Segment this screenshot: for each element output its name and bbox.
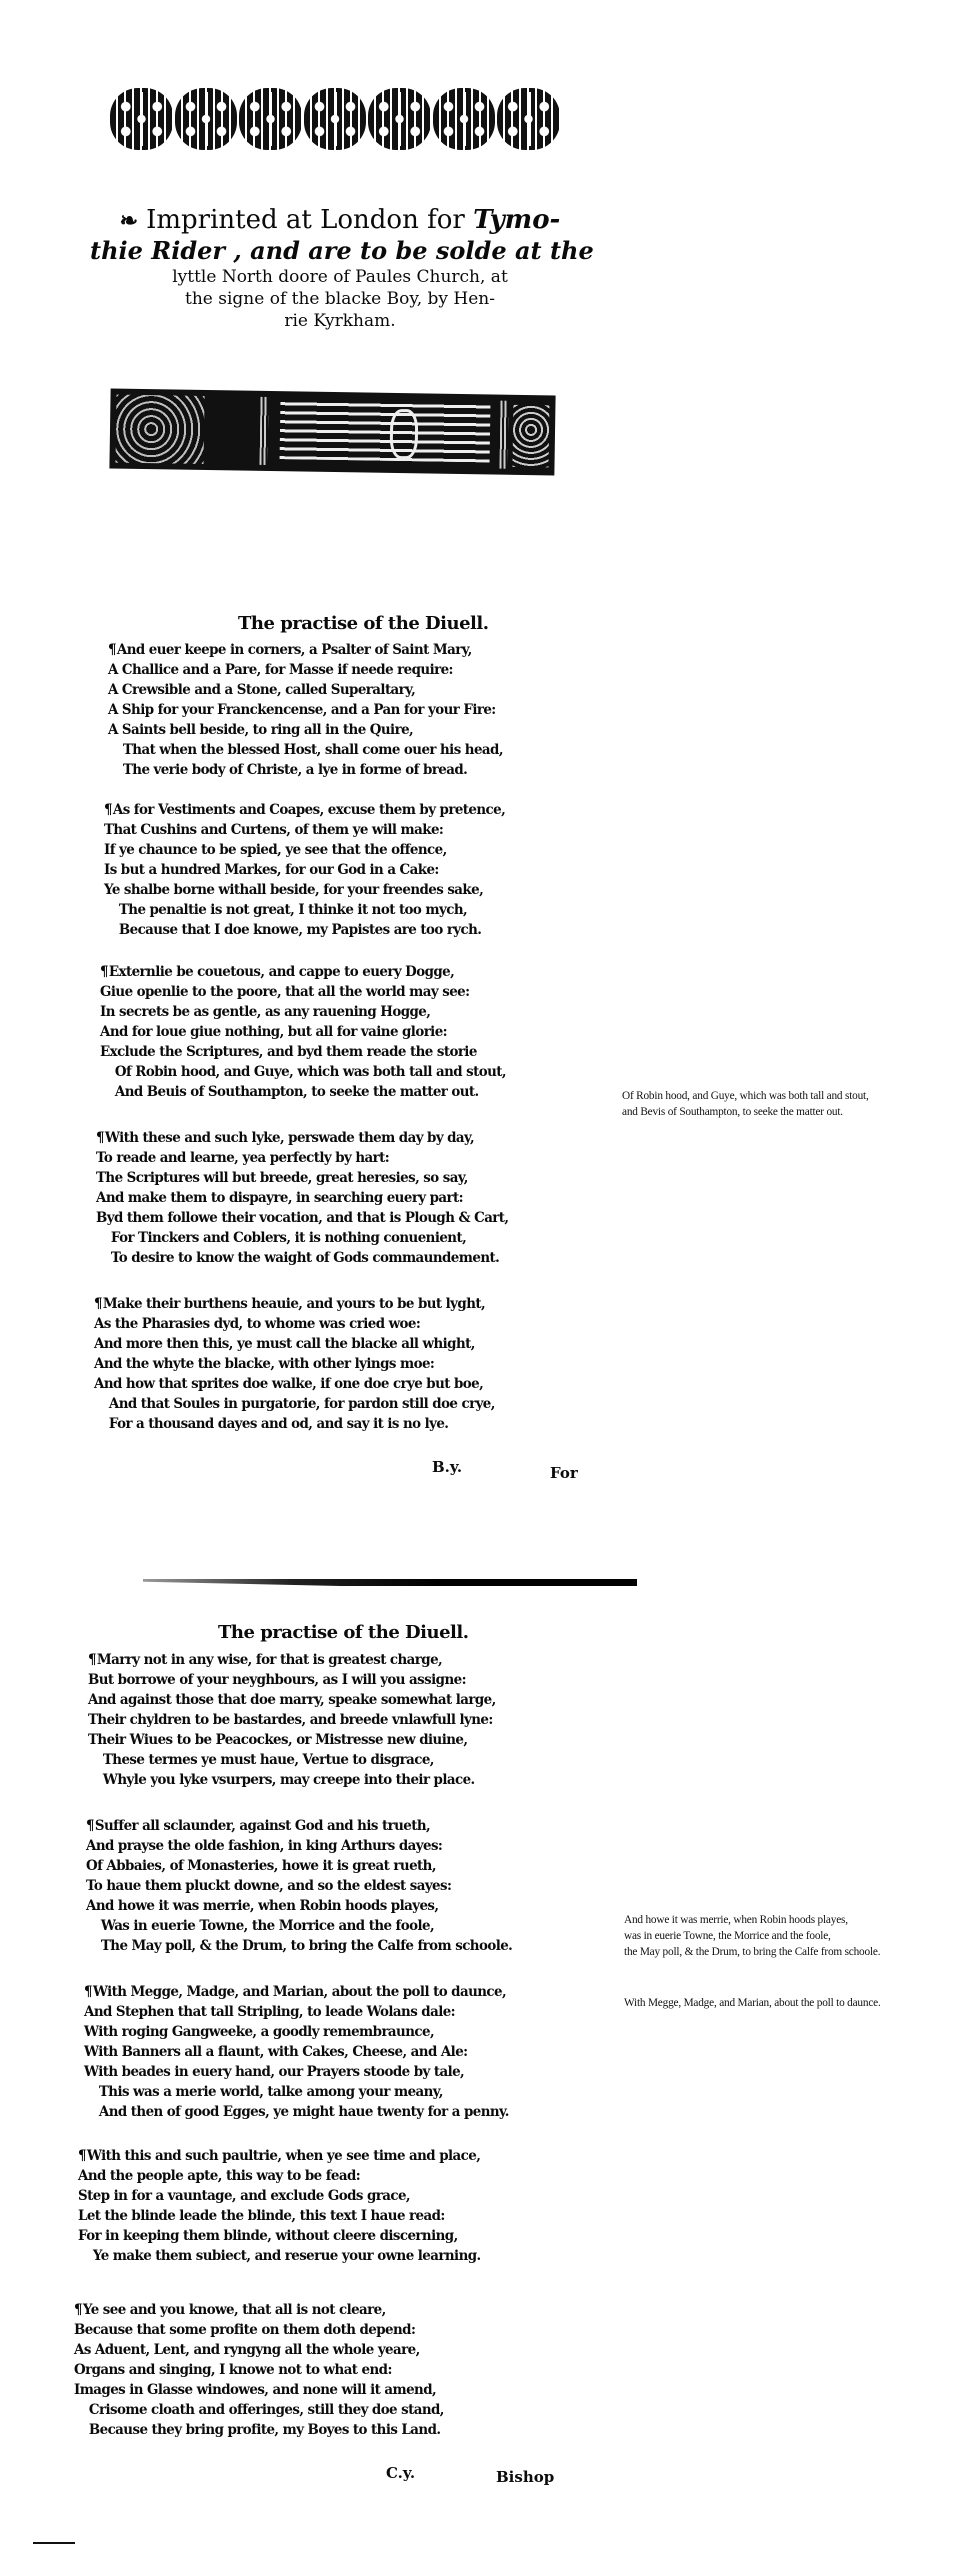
- hedera-leaf-icon: ❧: [120, 206, 138, 236]
- stanza: And euer keepe in corners, a Psalter of …: [108, 640, 533, 780]
- stanza: With this and such paultrie, when ye see…: [78, 2146, 511, 2266]
- verse-line: And the people apte, this way to be fead…: [78, 2166, 481, 2186]
- woodcut-foliage: [115, 395, 204, 464]
- annotation-line: And howe it was merrie, when Robin hoods…: [624, 1912, 880, 1928]
- fleuron-icon: [304, 88, 367, 150]
- verse-line: Exclude the Scriptures, and byd them rea…: [100, 1042, 506, 1062]
- imprint-line: rie Kyrkham.: [90, 310, 590, 332]
- verse-line: Byd them followe their vocation, and tha…: [96, 1208, 509, 1228]
- signature-mark: C.y.: [386, 2464, 415, 2482]
- stanza: Ye see and you knowe, that all is not cl…: [74, 2300, 472, 2440]
- fleuron-ornament-band: [110, 88, 560, 150]
- verse-line: Their Wiues to be Peacockes, or Mistress…: [88, 1730, 496, 1750]
- verse-line: And for loue giue nothing, but all for v…: [100, 1022, 506, 1042]
- verse-line: With these and such lyke, perswade them …: [96, 1128, 509, 1148]
- verse-line: Because they bring profite, my Boyes to …: [74, 2420, 444, 2440]
- verse-line: Of Abbaies, of Monasteries, howe it is g…: [86, 1856, 512, 1876]
- verse-line: With Megge, Madge, and Marian, about the…: [84, 1982, 509, 2002]
- verse-line: The Scriptures will but breede, great he…: [96, 1168, 509, 1188]
- verse-line: And the whyte the blacke, with other lyi…: [94, 1354, 495, 1374]
- fleuron-icon: [110, 88, 173, 150]
- verse-line: And against those that doe marry, speake…: [88, 1690, 496, 1710]
- verse-line: Their chyldren to be bastardes, and bree…: [88, 1710, 496, 1730]
- verse-line: That Cushins and Curtens, of them ye wil…: [104, 820, 505, 840]
- fleuron-icon: [175, 88, 238, 150]
- margin-rule: [33, 2542, 75, 2544]
- imprint-text: Tymo-: [473, 205, 560, 235]
- verse-line: And that Soules in purgatorie, for pardo…: [94, 1394, 495, 1414]
- fleuron-icon: [368, 88, 431, 150]
- verse-line: For Tinckers and Coblers, it is nothing …: [96, 1228, 509, 1248]
- verse-line: To desire to know the waight of Gods com…: [96, 1248, 509, 1268]
- imprint-line: the signe of the blacke Boy, by Hen-: [90, 288, 590, 310]
- stanza: Marry not in any wise, for that is great…: [88, 1650, 526, 1790]
- verse-line: And euer keepe in corners, a Psalter of …: [108, 640, 503, 660]
- verse-line: With roging Gangweeke, a goodly remembra…: [84, 2022, 509, 2042]
- verse-line: As Aduent, Lent, and ryngyng all the who…: [74, 2340, 444, 2360]
- page-title: The practise of the Diuell.: [238, 613, 488, 634]
- verse-line: A Challice and a Pare, for Masse if need…: [108, 660, 503, 680]
- verse-line: That when the blessed Host, shall come o…: [108, 740, 503, 760]
- verse-line: And Stephen that tall Stripling, to lead…: [84, 2002, 509, 2022]
- verse-line: Images in Glasse windowes, and none will…: [74, 2380, 444, 2400]
- woodcut-cartouche: [390, 409, 419, 459]
- woodcut-scene: [280, 401, 491, 462]
- verse-line: In secrets be as gentle, as any rauening…: [100, 1002, 506, 1022]
- verse-line: With this and such paultrie, when ye see…: [78, 2146, 481, 2166]
- verse-line: For in keeping them blinde, without clee…: [78, 2226, 481, 2246]
- imprint-line: ❧Imprinted at London for Tymo-: [90, 205, 590, 236]
- verse-line: But borrowe of your neyghbours, as I wil…: [88, 1670, 496, 1690]
- annotation-line: With Megge, Madge, and Marian, about the…: [624, 1995, 881, 2011]
- annotation-line: was in euerie Towne, the Morrice and the…: [624, 1928, 880, 1944]
- verse-line: Let the blinde leade the blinde, this te…: [78, 2206, 481, 2226]
- verse-line: Ye make them subiect, and reserue your o…: [78, 2246, 481, 2266]
- fleuron-icon: [239, 88, 302, 150]
- stanza: With these and such lyke, perswade them …: [96, 1128, 540, 1268]
- verse-line: A Crewsible and a Stone, called Superalt…: [108, 680, 503, 700]
- verse-line: The penaltie is not great, I thinke it n…: [104, 900, 505, 920]
- verse-line: Organs and singing, I knowe not to what …: [74, 2360, 444, 2380]
- verse-line: And how that sprites doe walke, if one d…: [94, 1374, 495, 1394]
- page-divider: [143, 1579, 637, 1586]
- verse-line: As for Vestiments and Coapes, excuse the…: [104, 800, 505, 820]
- stanza: As for Vestiments and Coapes, excuse the…: [104, 800, 535, 940]
- verse-line: Marry not in any wise, for that is great…: [88, 1650, 496, 1670]
- verse-line: With beades in euery hand, our Prayers s…: [84, 2062, 509, 2082]
- verse-line: Was in euerie Towne, the Morrice and the…: [86, 1916, 512, 1936]
- verse-line: If ye chaunce to be spied, ye see that t…: [104, 840, 505, 860]
- verse-line: This was a merie world, talke among your…: [84, 2082, 509, 2102]
- page-title: The practise of the Diuell.: [218, 1622, 468, 1643]
- woodcut-pillar: [259, 397, 268, 465]
- verse-line: The verie body of Christe, a lye in form…: [108, 760, 503, 780]
- woodcut-foliage: [512, 405, 549, 468]
- verse-line: Step in for a vauntage, and exclude Gods…: [78, 2186, 481, 2206]
- woodcut-pillar: [499, 401, 508, 469]
- annotation-line: Of Robin hood, and Guye, which was both …: [622, 1088, 869, 1104]
- verse-line: For a thousand dayes and od, and say it …: [94, 1414, 495, 1434]
- verse-line: Giue openlie to the poore, that all the …: [100, 982, 506, 1002]
- verse-line: And prayse the olde fashion, in king Art…: [86, 1836, 512, 1856]
- verse-line: And then of good Egges, ye might haue tw…: [84, 2102, 509, 2122]
- verse-line: As the Pharasies dyd, to whome was cried…: [94, 1314, 495, 1334]
- stanza: With Megge, Madge, and Marian, about the…: [84, 1982, 541, 2122]
- annotation-line: and Bevis of Southampton, to seeke the m…: [622, 1104, 869, 1120]
- verse-line: Of Robin hood, and Guye, which was both …: [100, 1062, 506, 1082]
- verse-line: Externlie be couetous, and cappe to euer…: [100, 962, 506, 982]
- verse-line: Crisome cloath and offeringes, still the…: [74, 2400, 444, 2420]
- verse-line: To haue them pluckt downe, and so the el…: [86, 1876, 512, 1896]
- catchword: For: [550, 1464, 578, 1482]
- verse-line: Whyle you lyke vsurpers, may creepe into…: [88, 1770, 496, 1790]
- annotation: Of Robin hood, and Guye, which was both …: [622, 1088, 869, 1120]
- annotation: With Megge, Madge, and Marian, about the…: [624, 1995, 881, 2011]
- verse-line: And more then this, ye must call the bla…: [94, 1334, 495, 1354]
- imprint-text: Imprinted at London for: [146, 205, 465, 235]
- stanza: Externlie be couetous, and cappe to euer…: [100, 962, 537, 1102]
- verse-line: Suffer all sclaunder, against God and hi…: [86, 1816, 512, 1836]
- annotation-line: the May poll, & the Drum, to bring the C…: [624, 1944, 880, 1960]
- fleuron-icon: [497, 88, 560, 150]
- verse-line: And make them to dispayre, in searching …: [96, 1188, 509, 1208]
- verse-line: These termes ye must haue, Vertue to dis…: [88, 1750, 496, 1770]
- imprint-line: lyttle North doore of Paules Church, at: [90, 266, 590, 288]
- verse-line: And Beuis of Southampton, to seeke the m…: [100, 1082, 506, 1102]
- woodcut-illustration: [109, 389, 555, 476]
- imprint-line: thie Rider , and are to be solde at the: [90, 236, 590, 266]
- verse-line: And howe it was merrie, when Robin hoods…: [86, 1896, 512, 1916]
- verse-line: Ye shalbe borne withall beside, for your…: [104, 880, 505, 900]
- verse-line: A Saints bell beside, to ring all in the…: [108, 720, 503, 740]
- verse-line: Because that some profite on them doth d…: [74, 2320, 444, 2340]
- verse-line: Because that I doe knowe, my Papistes ar…: [104, 920, 505, 940]
- catchword: Bishop: [496, 2468, 554, 2486]
- fleuron-icon: [433, 88, 496, 150]
- verse-line: To reade and learne, yea perfectly by ha…: [96, 1148, 509, 1168]
- verse-line: Ye see and you knowe, that all is not cl…: [74, 2300, 444, 2320]
- imprint-colophon: ❧Imprinted at London for Tymo- thie Ride…: [90, 205, 590, 332]
- signature-mark: B.y.: [432, 1458, 462, 1476]
- stanza: Suffer all sclaunder, against God and hi…: [86, 1816, 544, 1956]
- annotation: And howe it was merrie, when Robin hoods…: [624, 1912, 880, 1960]
- verse-line: With Banners all a flaunt, with Cakes, C…: [84, 2042, 509, 2062]
- verse-line: A Ship for your Franckencense, and a Pan…: [108, 700, 503, 720]
- verse-line: The May poll, & the Drum, to bring the C…: [86, 1936, 512, 1956]
- verse-line: Is but a hundred Markes, for our God in …: [104, 860, 505, 880]
- stanza: Make their burthens heauie, and yours to…: [94, 1294, 525, 1434]
- verse-line: Make their burthens heauie, and yours to…: [94, 1294, 495, 1314]
